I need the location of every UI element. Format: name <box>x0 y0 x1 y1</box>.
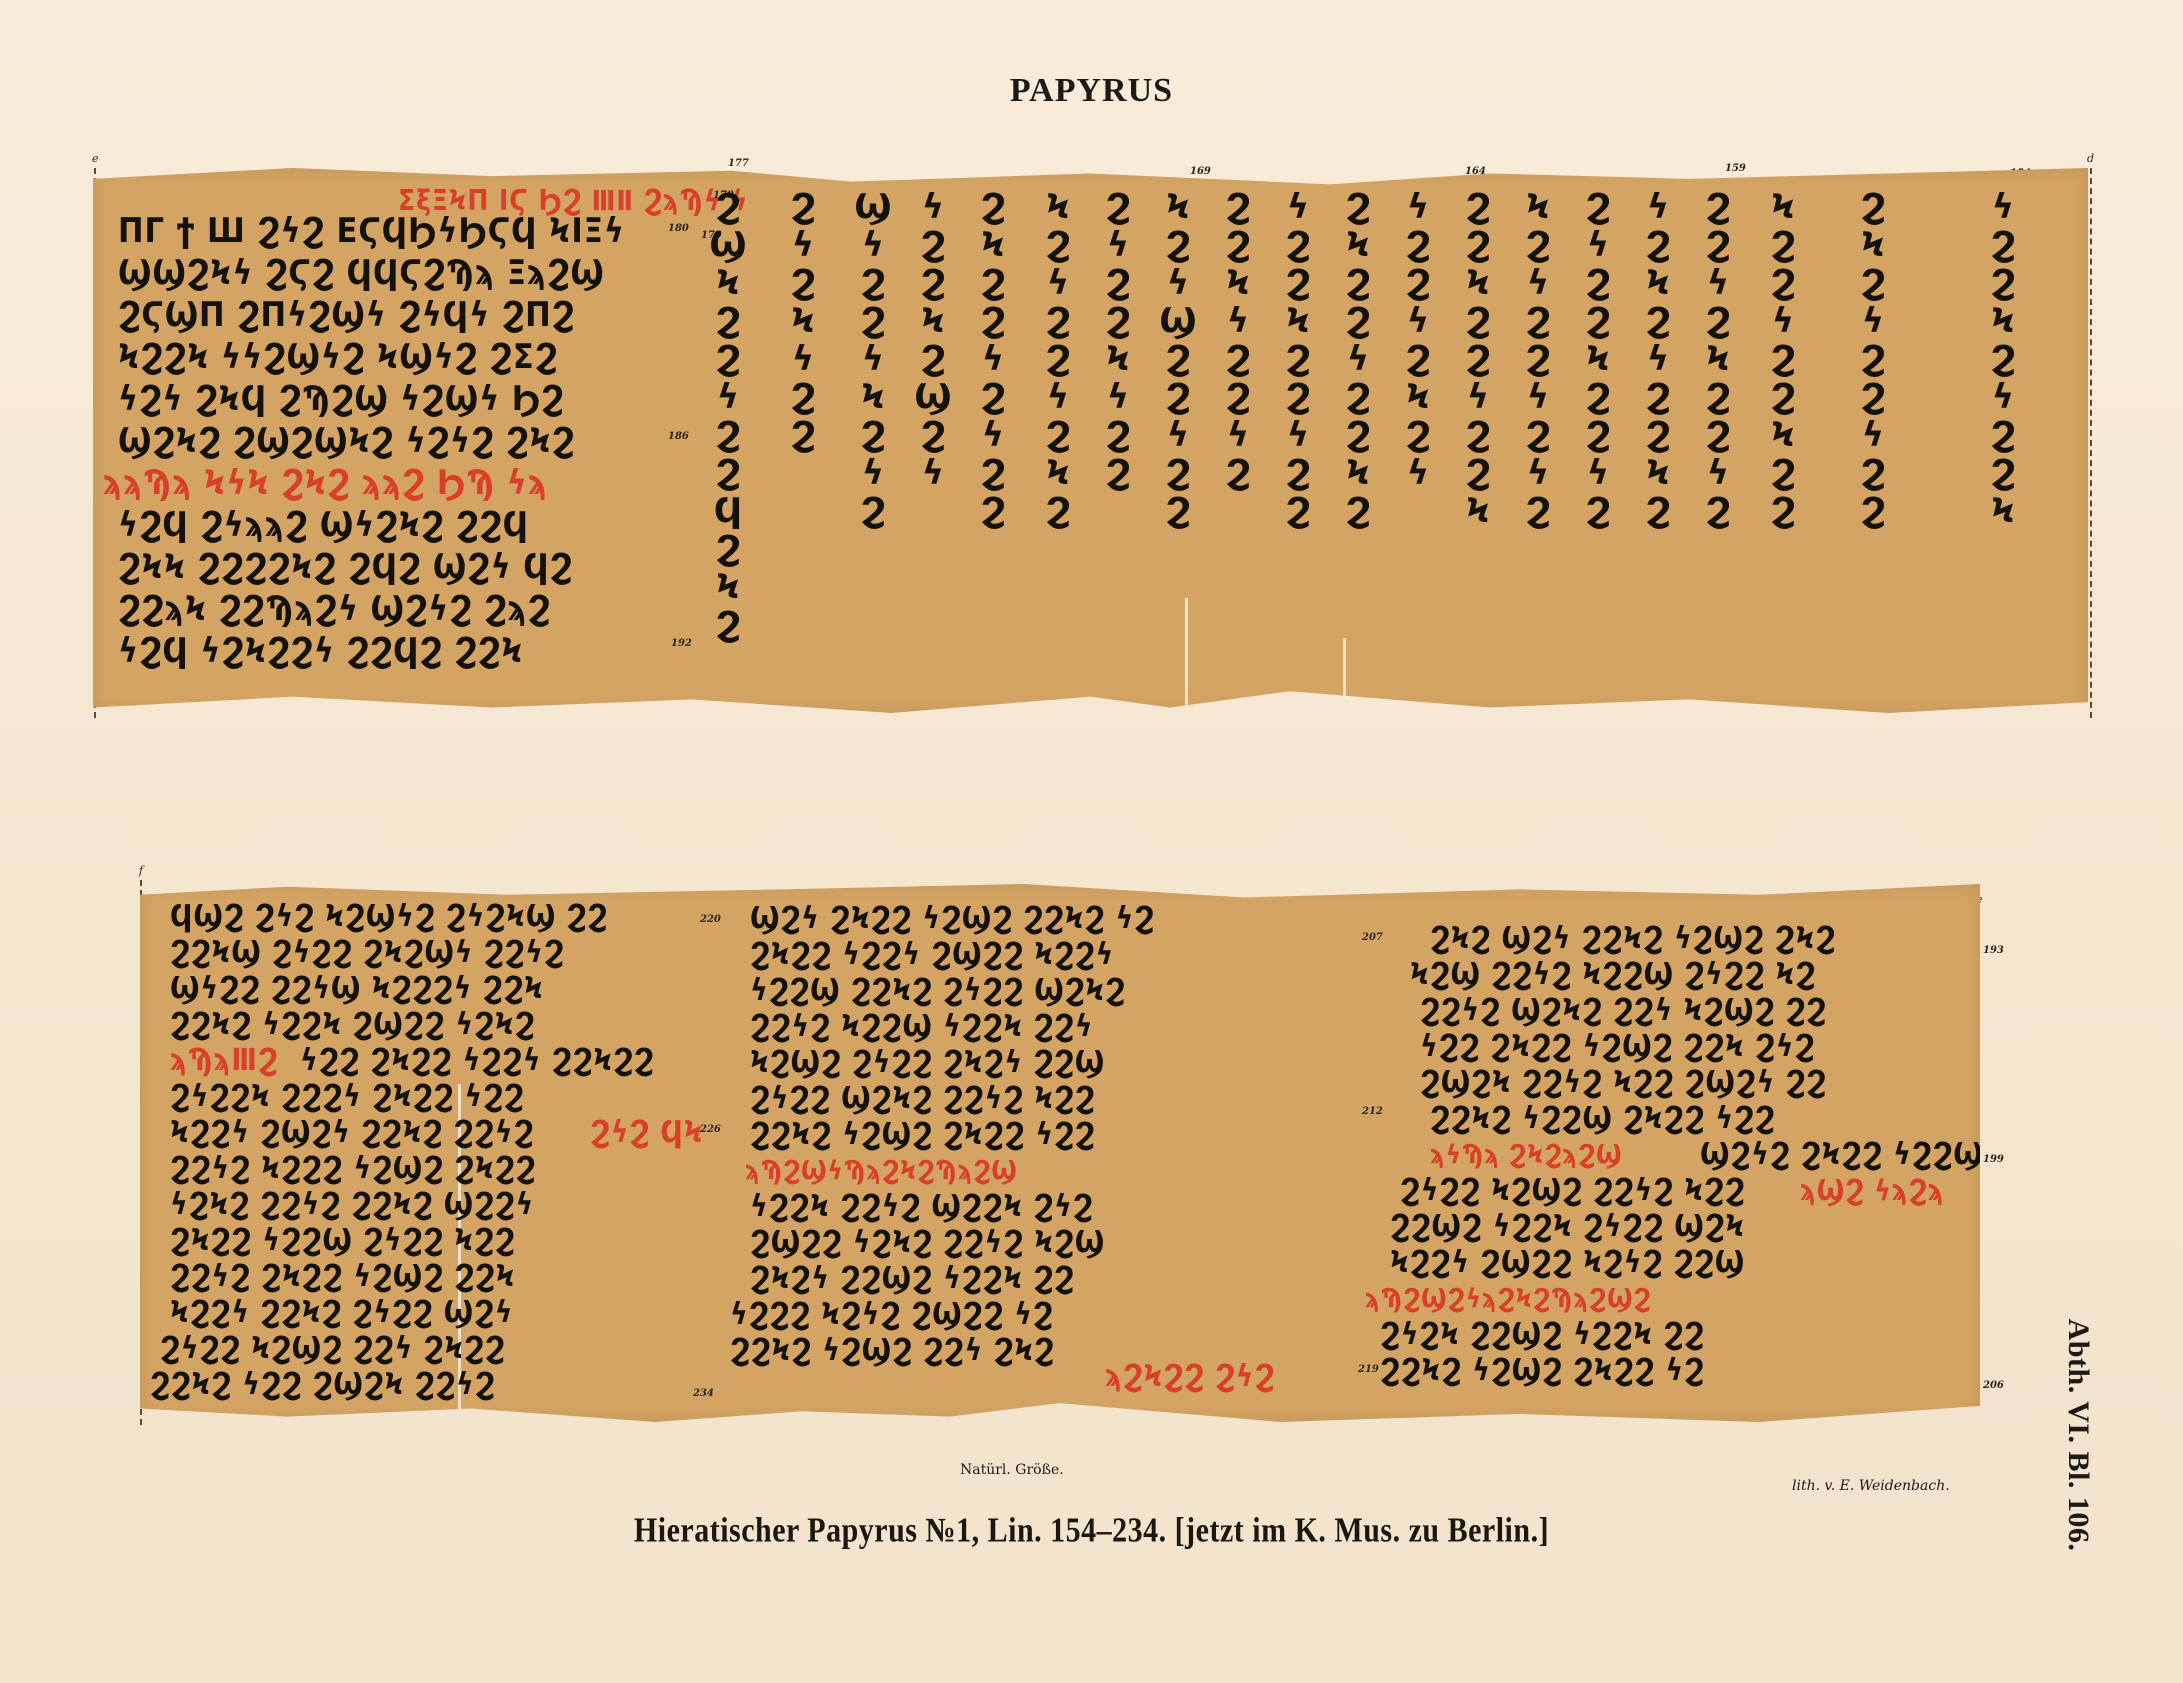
line-marker: 234 <box>693 1388 714 1399</box>
line-marker: 192 <box>671 638 692 649</box>
line-marker: 220 <box>700 914 721 925</box>
lithographer-credit: lith. v. E. Weidenbach. <box>1792 1478 1950 1494</box>
text-line: ПΓ ϯ Ш ϨϟϨ ΕϚϤϦϟϦϚϤ ϞΙΞϟ <box>118 208 625 254</box>
text-column: ϨϟϨϨϞϟϨϨ <box>1098 188 1138 492</box>
line-marker: 169 <box>1190 166 1211 177</box>
plate-number: Abth. VI. Bl. 106. <box>2058 1330 2098 1540</box>
papyrus-sheet-top: ΣξΞϞΠ ΙϚ ϦϨ ⅢⅡ ϨϡϠϟ ϟ ПΓ ϯ Ш ϨϟϨ ΕϚϤϦϟϦϚ… <box>93 168 2088 713</box>
text-column: ϨϟϨϞϟϨϨ <box>783 188 823 454</box>
line-marker: 193 <box>1983 945 2004 956</box>
line-marker: 207 <box>1362 932 1383 943</box>
text-line: ϢϢϨϞϟ ϨϚϨ ϤϤϚϨϠϡ ΞϡϨϢ <box>118 250 605 296</box>
text-column: ϞϨϟϨϨϟϨϟϨ <box>1518 188 1558 530</box>
red-rubric: ϨϟϨ ϤϞ <box>590 1110 704 1156</box>
text-column: ϨϨϞϟϨϨϟϨ <box>1218 188 1258 492</box>
text-column: ϞϨϟϨϨϟϨϞϨ <box>1038 188 1078 530</box>
right-margin-guide-top <box>2090 168 2092 718</box>
text-column: ϟϨϨϞϨϨϟϨϨ <box>1278 188 1318 530</box>
text-line: ϨϚϢΠ ϨΠϟϨϢϟ ϨϟϤϟ ϨΠϨ <box>118 292 575 338</box>
line-marker: 180 <box>668 223 689 234</box>
line-marker: 186 <box>668 431 689 442</box>
text-column: ϟϨϞϨϟϨϨϞϨ <box>1638 188 1678 530</box>
text-column: ϨϨϞϨϨϟϨϨϞ <box>1458 188 1498 530</box>
line-marker: 219 <box>1358 1364 1379 1375</box>
scale-note: Natürl. Größe. <box>960 1462 1064 1478</box>
text-column: ϟϨϨϟϨϞϨϟ <box>1398 188 1438 492</box>
text-line: ϨϨϞϨ ϟϨϨ ϨϢϨϞ ϨϨϟϨ <box>150 1362 495 1408</box>
text-column: ϨϨϟϨϞϨϨϟϨ <box>1698 188 1738 530</box>
text-column: ϨϟϨϨϞϨϨϟϨ <box>1578 188 1618 530</box>
line-marker: 226 <box>700 1124 721 1135</box>
plate-number-text: Abth. VI. Bl. 106. <box>2061 1319 2095 1552</box>
red-rubric: ϡϨϞϨϨ ϨϟϨ <box>1105 1354 1275 1400</box>
text-line: ϨϨϞϨ ϟϨϢϨ ϨϨϟ ϨϞϨ <box>730 1328 1055 1374</box>
plate-title: PAPYRUS <box>0 72 2183 110</box>
line-marker: 199 <box>1983 1154 2004 1165</box>
text-line: ϨϨϞϨ ϟϨϢϨ ϨϞϨϨ ϟϨ <box>1380 1348 1705 1394</box>
text-column: ϨϞϨϟϨϨϟϨϨ <box>1853 188 1893 530</box>
text-column: ϨϞϨϨϟϨϟϨϨ <box>973 188 1013 530</box>
papyrus-crack <box>1185 598 1188 718</box>
text-column: ϞϨϟϢϨϨϟϨϨ <box>1158 188 1198 530</box>
line-marker: 159 <box>1725 163 1746 174</box>
text-line: ϨϞϞ ϨϨϨϨϞϨ ϨϤϨ ϢϨϟ ϤϨ <box>118 544 573 590</box>
text-line: ϞϨϨϞ ϟϟϨϢϟϨ ϞϢϟϨ ϨΣϨ <box>118 334 558 380</box>
line-marker: 212 <box>1362 1106 1383 1117</box>
papyrus-sheet-bottom: ϤϢϨ ϨϟϨ ϞϨϢϟϨ ϨϟϨϞϢ ϨϨ ϨϨϞϢ ϨϟϨϨ ϨϞϨϢϟ Ϩ… <box>140 884 1980 1422</box>
corner-letter-bottom-left: f <box>139 864 143 877</box>
line-marker: 206 <box>1983 1380 2004 1391</box>
text-line: ϨϨϡϞ ϨϨϠϡϨϟ ϢϨϟϨ ϨϡϨ <box>118 586 551 632</box>
corner-letter-top-right: d <box>2087 152 2094 165</box>
line-marker: 177 <box>728 158 749 169</box>
red-rubric: ϡϡϠϡ ϞϟϞ ϨϞϨ ϡϡϨ ϦϠ ϟϡ <box>103 460 548 506</box>
red-rubric: ϡϢϨ ϟϡϨϡ <box>1800 1168 1945 1214</box>
text-line: ϟϨϟ ϨϞϤ ϨϠϨϢ ϟϨϢϟ ϦϨ <box>118 376 564 422</box>
text-line: ϟϨϤ ϨϟϡϡϨ ϢϟϨϞϨ ϨϨϤ <box>118 502 529 548</box>
text-column: ϟϨϨϞϨϟϨϨϞ <box>1983 188 2023 530</box>
text-line: ϟϨϤ ϟϨϞϨϨϟ ϨϨϤϨ ϨϨϞ <box>118 628 523 674</box>
text-column: ϢϟϨϨϟϞϨϟϨ <box>853 188 893 530</box>
corner-letter-top-left: e <box>92 152 99 165</box>
text-column: ϞϨϨϟϨϨϞϨϨ <box>1763 188 1803 530</box>
plate-caption: Hieratischer Papyrus №1, Lin. 154–234. [… <box>0 1511 2183 1550</box>
text-line: ϢϨϞϨ ϨϢϨϢϞϨ ϟϨϟϨ ϨϞϨ <box>118 418 575 464</box>
text-column: ϨϞϨϨϟϨϨϞϨ <box>1338 188 1378 530</box>
text-column: ϟϨϨϞϨϢϨϟ <box>913 188 953 492</box>
text-column: ϨϢϞϨϨϟϨϨϤϨϞϨ <box>708 188 748 644</box>
